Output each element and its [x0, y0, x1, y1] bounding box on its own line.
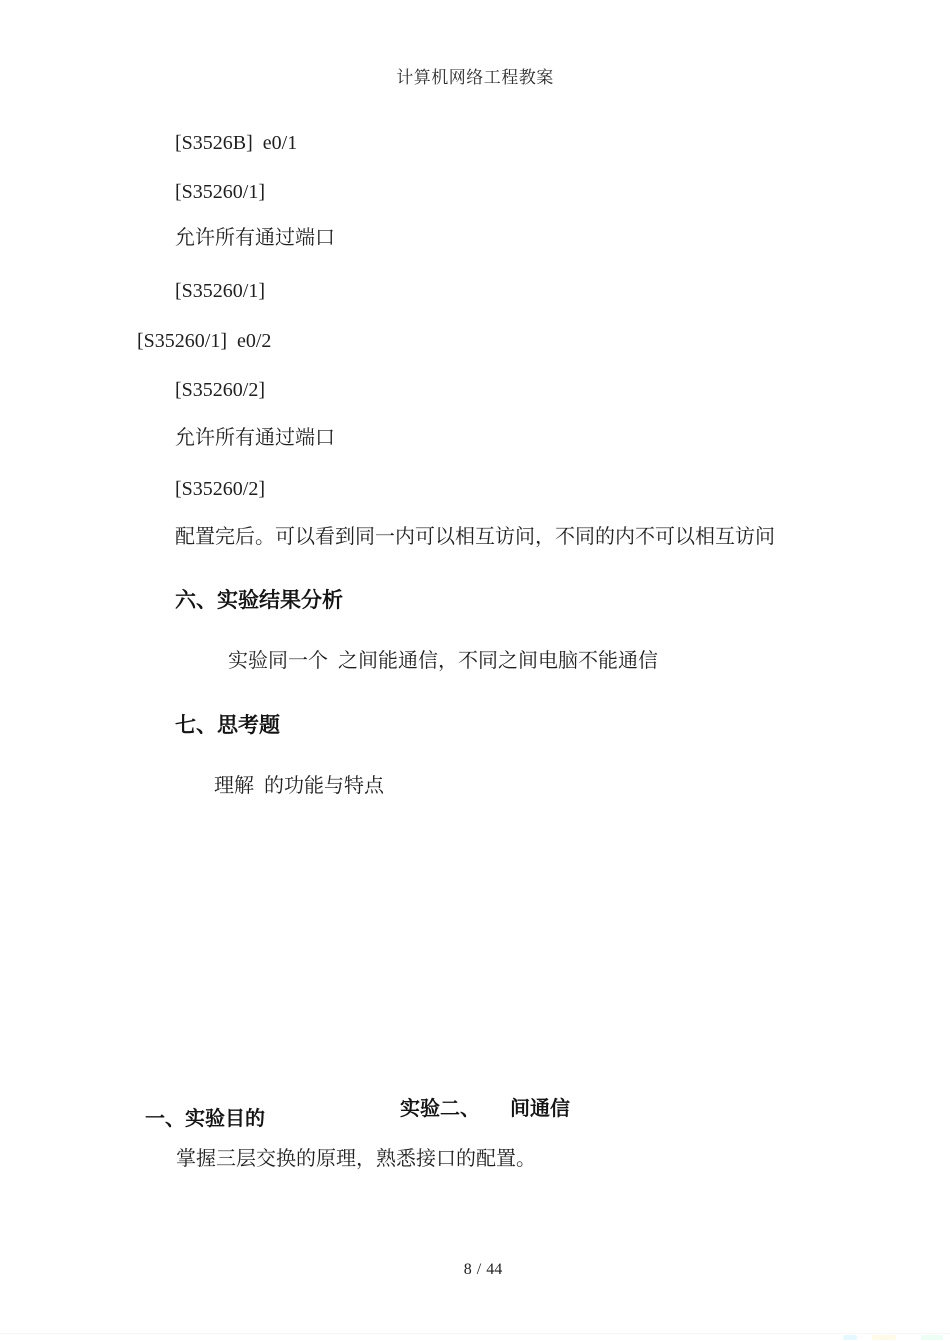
experiment2-title-suffix: 间通信: [510, 1098, 570, 1120]
config-line: [S35260/1]: [175, 280, 265, 303]
config-line: [S35260/2]: [175, 478, 265, 501]
page-bottom-edge: [0, 1333, 950, 1334]
section-heading-questions: 七、思考题: [175, 713, 280, 737]
page-header-title: 计算机网络工程教案: [0, 68, 950, 88]
faint-watermark: [921, 1335, 943, 1340]
section-paragraph-questions: 理解 的功能与特点: [214, 775, 384, 798]
config-line: [S3526B] e0/1: [175, 132, 297, 155]
config-line: [S35260/1]: [175, 181, 265, 204]
section-heading-results-analysis: 六、实验结果分析: [175, 588, 343, 612]
config-line: 允许所有通过端口: [175, 427, 335, 450]
config-line: 允许所有通过端口: [175, 227, 335, 250]
page-number-separator: /: [477, 1261, 481, 1278]
document-page: 计算机网络工程教案 [S3526B] e0/1 [S35260/1] 允许所有通…: [0, 0, 950, 1341]
page-number-total: 44: [486, 1261, 502, 1278]
faint-watermark: [872, 1335, 896, 1340]
config-result-line: 配置完后。可以看到同一内可以相互访问，不同的内不可以相互访问: [175, 526, 775, 549]
faint-watermark: [843, 1335, 857, 1340]
experiment2-title-prefix: 实验二、: [400, 1098, 480, 1120]
section-paragraph-purpose: 掌握三层交换的原理，熟悉接口的配置。: [176, 1148, 536, 1171]
page-number-footer: 8/44: [0, 1243, 950, 1298]
section-paragraph-results: 实验同一个 之间能通信，不同之间电脑不能通信: [228, 650, 658, 673]
config-line: [S35260/2]: [175, 379, 265, 402]
page-number-current: 8: [464, 1261, 472, 1278]
experiment2-title: 实验二、间通信: [0, 1075, 950, 1144]
config-line: [S35260/1] e0/2: [137, 330, 271, 353]
section-heading-purpose: 一、实验目的: [145, 1108, 265, 1131]
